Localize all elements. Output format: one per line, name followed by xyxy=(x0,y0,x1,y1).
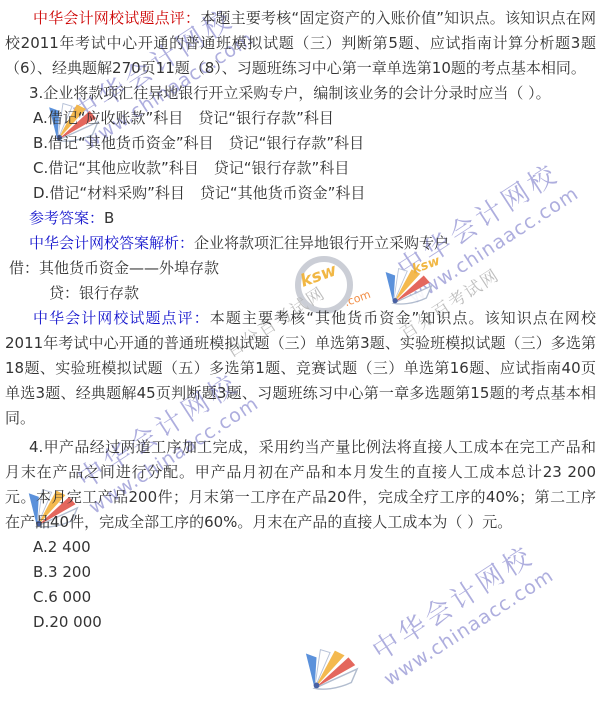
document-page: 中华会计网校 www.chinaacc.com 中华会计网校 www.china… xyxy=(0,0,601,703)
question3-stem: 3.企业将款项汇往异地银行开立采购专户，编制该业务的会计分录时应当（ ）。 xyxy=(5,81,596,106)
question3-option-c: C.借记“其他应收款”科目 贷记“银行存款”科目 xyxy=(5,156,596,181)
question4-option-b: B.3 200 xyxy=(5,560,596,585)
answer-value: B xyxy=(104,209,114,227)
chinaacc-logo-icon xyxy=(303,643,361,693)
journal-entry-credit: 贷：银行存款 xyxy=(5,281,596,306)
analysis-text: 企业将款项汇往异地银行开立采购专户 xyxy=(194,234,449,252)
question3-option-a: A.借记“应收账款”科目 贷记“银行存款”科目 xyxy=(5,106,596,131)
analysis-label: 中华会计网校答案解析： xyxy=(29,234,194,252)
comment-paragraph-q4: 中华会计网校试题点评：本题主要考核“其他货币资金”知识点。该知识点在网校2011… xyxy=(5,306,596,431)
question4-option-a: A.2 400 xyxy=(5,535,596,560)
question3-option-d: D.借记“材料采购”科目 贷记“其他货币资金”科目 xyxy=(5,181,596,206)
answer-label: 参考答案： xyxy=(29,209,104,227)
question4-option-c: C.6 000 xyxy=(5,585,596,610)
question4-stem: 4.甲产品经过两道工序加工完成，采用约当产量比例法将直接人工成本在完工产品和月末… xyxy=(5,435,596,535)
answer-line-q3: 参考答案：B xyxy=(5,206,596,231)
comment1-label: 中华会计网校试题点评： xyxy=(33,9,200,27)
comment2-label: 中华会计网校试题点评： xyxy=(33,309,210,327)
analysis-line-q3: 中华会计网校答案解析：企业将款项汇往异地银行开立采购专户 xyxy=(5,231,596,256)
question3-option-b: B.借记“其他货币资金”科目 贷记“银行存款”科目 xyxy=(5,131,596,156)
article-body: 中华会计网校试题点评：本题主要考核“固定资产的入账价值”知识点。该知识点在网校2… xyxy=(0,0,601,635)
comment-paragraph-q3: 中华会计网校试题点评：本题主要考核“固定资产的入账价值”知识点。该知识点在网校2… xyxy=(5,6,596,81)
journal-entry-debit: 借：其他货币资金——外埠存款 xyxy=(5,256,596,281)
question4-option-d: D.20 000 xyxy=(5,610,596,635)
